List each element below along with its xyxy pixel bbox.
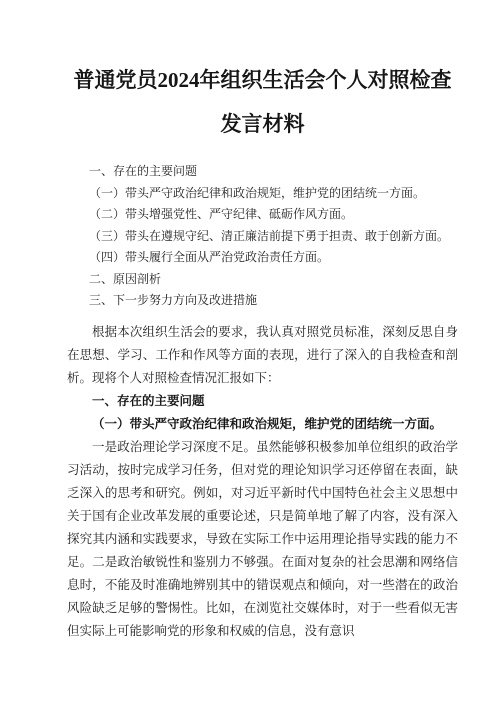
outline-item-6: 二、原因剖析 [89, 269, 458, 291]
outline-list: 一、存在的主要问题 （一）带头严守政治纪律和政治规矩，维护党的团结统一方面。 （… [67, 161, 458, 312]
body-paragraph: 一是政治理论学习深度不足。虽然能够积极参加单位组织的政治学习活动，按时完成学习任… [67, 436, 458, 643]
document-title: 普通党员2024年组织生活会个人对照检查 发言材料 [67, 58, 458, 146]
document-title-line-1: 普通党员2024年组织生活会个人对照检查 [67, 58, 458, 102]
document-title-line-2: 发言材料 [67, 102, 458, 146]
document-content: 普通党员2024年组织生活会个人对照检查 发言材料 一、存在的主要问题 （一）带… [67, 58, 458, 643]
outline-item-3: （二）带头增强党性、严守纪律、砥砺作风方面。 [89, 204, 458, 226]
document-body: 根据本次组织生活会的要求，我认真对照党员标准，深刻反思自身在思想、学习、工作和作… [67, 321, 458, 643]
outline-item-7: 三、下一步努力方向及改进措施 [89, 290, 458, 312]
outline-item-2: （一）带头严守政治纪律和政治规矩，维护党的团结统一方面。 [89, 183, 458, 205]
intro-paragraph: 根据本次组织生活会的要求，我认真对照党员标准，深刻反思自身在思想、学习、工作和作… [67, 321, 458, 390]
subsection-heading: （一）带头严守政治纪律和政治规矩，维护党的团结统一方面。 [67, 413, 458, 436]
outline-item-5: （四）带头履行全面从严治党政治责任方面。 [89, 247, 458, 269]
document-page: 普通党员2024年组织生活会个人对照检查 发言材料 一、存在的主要问题 （一）带… [0, 0, 500, 707]
outline-item-4: （三）带头在遵规守纪、清正廉洁前提下勇于担责、敢于创新方面。 [89, 226, 458, 248]
outline-item-1: 一、存在的主要问题 [89, 161, 458, 183]
section-heading: 一、存在的主要问题 [67, 390, 458, 413]
